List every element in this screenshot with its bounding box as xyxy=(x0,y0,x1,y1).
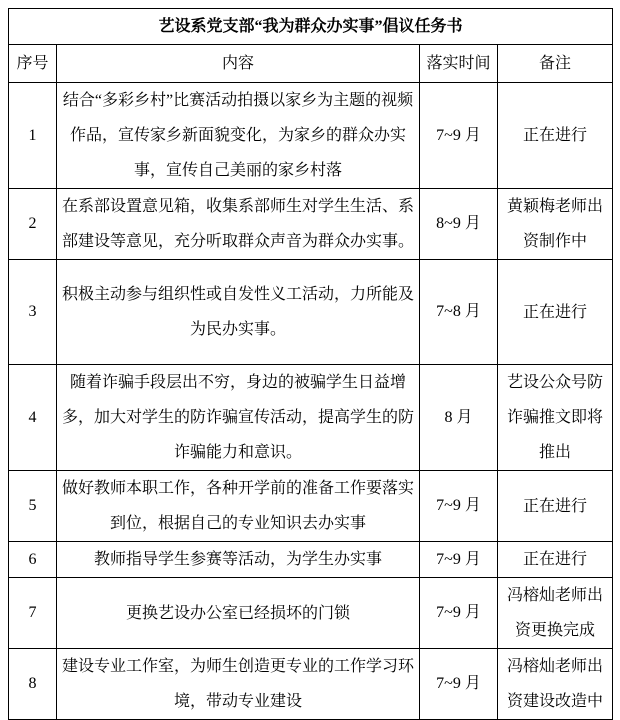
table-title-row: 艺设系党支部“我为群众办实事”倡议任务书 xyxy=(9,9,613,45)
table-row: 5 做好教师本职工作，各种开学前的准备工作要落实到位，根据自己的专业知识去办实事… xyxy=(9,471,613,542)
row-remark-cell: 冯榕灿老师出资更换完成 xyxy=(498,578,613,649)
table-row: 6 教师指导学生参赛等活动，为学生办实事 7~9 月 正在进行 xyxy=(9,542,613,578)
table-title: 艺设系党支部“我为群众办实事”倡议任务书 xyxy=(9,9,613,45)
row-index-cell: 4 xyxy=(9,365,57,471)
row-content-cell: 做好教师本职工作，各种开学前的准备工作要落实到位，根据自己的专业知识去办实事 xyxy=(57,471,420,542)
row-remark-cell: 黄颖梅老师出资制作中 xyxy=(498,189,613,260)
table-row: 8 建设专业工作室，为师生创造更专业的工作学习环境，带动专业建设 7~9 月 冯… xyxy=(9,649,613,720)
row-time-cell: 7~9 月 xyxy=(420,578,498,649)
table-row: 2 在系部设置意见箱，收集系部师生对学生生活、系部建设等意见，充分听取群众声音为… xyxy=(9,189,613,260)
row-remark-cell: 冯榕灿老师出资建设改造中 xyxy=(498,649,613,720)
row-index-cell: 1 xyxy=(9,83,57,189)
row-content-cell: 随着诈骗手段层出不穷，身边的被骗学生日益增多，加大对学生的防诈骗宣传活动，提高学… xyxy=(57,365,420,471)
table-row: 7 更换艺设办公室已经损坏的门锁 7~9 月 冯榕灿老师出资更换完成 xyxy=(9,578,613,649)
row-index-cell: 5 xyxy=(9,471,57,542)
col-header-time: 落实时间 xyxy=(420,45,498,83)
row-index-cell: 7 xyxy=(9,578,57,649)
row-time-cell: 7~9 月 xyxy=(420,471,498,542)
table-header-row: 序号 内容 落实时间 备注 xyxy=(9,45,613,83)
row-time-cell: 8~9 月 xyxy=(420,189,498,260)
row-content-cell: 积极主动参与组织性或自发性义工活动，力所能及为民办实事。 xyxy=(57,260,420,365)
row-index-cell: 3 xyxy=(9,260,57,365)
col-header-index: 序号 xyxy=(9,45,57,83)
row-time-cell: 8 月 xyxy=(420,365,498,471)
row-remark-cell: 正在进行 xyxy=(498,542,613,578)
row-index-cell: 6 xyxy=(9,542,57,578)
row-remark-cell: 艺设公众号防诈骗推文即将推出 xyxy=(498,365,613,471)
col-header-content: 内容 xyxy=(57,45,420,83)
table-row: 4 随着诈骗手段层出不穷，身边的被骗学生日益增多，加大对学生的防诈骗宣传活动，提… xyxy=(9,365,613,471)
row-content-cell: 建设专业工作室，为师生创造更专业的工作学习环境，带动专业建设 xyxy=(57,649,420,720)
row-time-cell: 7~9 月 xyxy=(420,649,498,720)
row-remark-cell: 正在进行 xyxy=(498,471,613,542)
row-content-cell: 教师指导学生参赛等活动，为学生办实事 xyxy=(57,542,420,578)
row-time-cell: 7~9 月 xyxy=(420,542,498,578)
row-content-cell: 结合“多彩乡村”比赛活动拍摄以家乡为主题的视频作品，宣传家乡新面貌变化，为家乡的… xyxy=(57,83,420,189)
task-document-table: 艺设系党支部“我为群众办实事”倡议任务书 序号 内容 落实时间 备注 1 结合“… xyxy=(8,8,613,720)
row-content-cell: 更换艺设办公室已经损坏的门锁 xyxy=(57,578,420,649)
table-row: 1 结合“多彩乡村”比赛活动拍摄以家乡为主题的视频作品，宣传家乡新面貌变化，为家… xyxy=(9,83,613,189)
table-row: 3 积极主动参与组织性或自发性义工活动，力所能及为民办实事。 7~8 月 正在进… xyxy=(9,260,613,365)
col-header-remark: 备注 xyxy=(498,45,613,83)
row-index-cell: 8 xyxy=(9,649,57,720)
row-remark-cell: 正在进行 xyxy=(498,83,613,189)
row-index-cell: 2 xyxy=(9,189,57,260)
row-time-cell: 7~8 月 xyxy=(420,260,498,365)
row-time-cell: 7~9 月 xyxy=(420,83,498,189)
row-content-cell: 在系部设置意见箱，收集系部师生对学生生活、系部建设等意见，充分听取群众声音为群众… xyxy=(57,189,420,260)
row-remark-cell: 正在进行 xyxy=(498,260,613,365)
